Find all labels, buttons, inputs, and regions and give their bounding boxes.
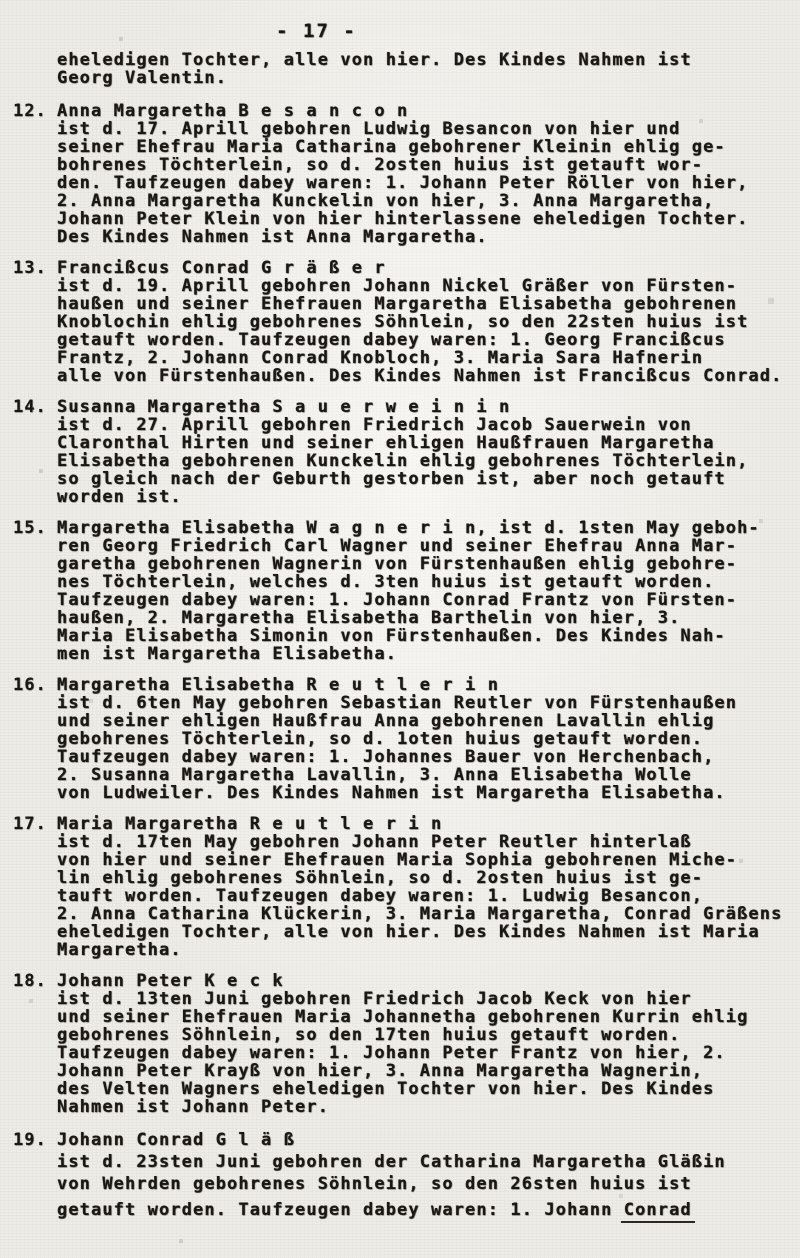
text-line: haußen, 2. Margaretha Elisabetha Barthel…	[57, 609, 800, 627]
entry-heading-line: Margaretha Elisabetha W a g n e r i n, i…	[57, 519, 800, 537]
text-line: seiner Ehefrau Maria Catharina gebohrene…	[57, 138, 800, 156]
scanned-register-page: - 17 - eheledigen Tochter, alle von hier…	[0, 0, 800, 1221]
entry-body: Johann Peter K e c kist d. 13ten Juni ge…	[57, 972, 800, 1116]
text-line: Elisabetha gebohrenen Kunckelin ehlig ge…	[57, 452, 800, 470]
entry-heading-line: Francißcus Conrad G r ä ß e r	[57, 259, 800, 277]
text-line: getauft worden. Taufzeugen dabey waren: …	[57, 1199, 800, 1221]
text-line: den. Taufzeugen dabey waren: 1. Johann P…	[57, 174, 800, 192]
entry-number: 12.	[13, 102, 57, 120]
text-line: von hier und seiner Ehefrauen Maria Soph…	[57, 851, 800, 869]
entry-heading-line: Johann Conrad G l ä ß	[57, 1129, 800, 1151]
text-line: Claronthal Hirten und seiner ehligen Hau…	[57, 434, 800, 452]
text-line: Knoblochin ehlig gebohrenes Söhnlein, so…	[57, 313, 800, 331]
text-line: ist d. 17ten May gebohren Johann Peter R…	[57, 833, 800, 851]
text-line: und seiner Ehefrauen Maria Johannetha ge…	[57, 1008, 800, 1026]
text-line: gebohrenes Töchterlein, so d. 1oten huiu…	[57, 730, 800, 748]
underlined-word: Conrad	[621, 1200, 695, 1223]
text-line: ist d. 23sten Juni gebohren der Catharin…	[57, 1151, 800, 1173]
text-line: so gleich nach der Geburth gestorben ist…	[57, 470, 800, 488]
text-line: ist d. 27. Aprill gebohren Friedrich Jac…	[57, 416, 800, 434]
register-entry: 14.Susanna Margaretha S a u e r w e i n …	[0, 398, 800, 506]
register-entry: 16.Margaretha Elisabetha R e u t l e r i…	[0, 676, 800, 802]
register-entry: 17.Maria Margaretha R e u t l e r i nist…	[0, 815, 800, 959]
text-line: Taufzeugen dabey waren: 1. Johannes Baue…	[57, 748, 800, 766]
entry-heading-line: Susanna Margaretha S a u e r w e i n i n	[57, 398, 800, 416]
register-entry: 18.Johann Peter K e c kist d. 13ten Juni…	[0, 972, 800, 1116]
text-line: men ist Margaretha Elisabetha.	[57, 645, 800, 663]
entry-number: 16.	[13, 676, 57, 694]
text-line: Frantz, 2. Johann Conrad Knobloch, 3. Ma…	[57, 349, 800, 367]
text-line: 2. Anna Catharina Klückerin, 3. Maria Ma…	[57, 905, 800, 923]
text-line: gebohrenes Söhnlein, so den 17ten huius …	[57, 1026, 800, 1044]
text-line: getauft worden. Taufzeugen dabey waren: …	[57, 331, 800, 349]
text-line: 2. Susanna Margaretha Lavallin, 3. Anna …	[57, 766, 800, 784]
text-line: Johann Peter Krayß von hier, 3. Anna Mar…	[57, 1062, 800, 1080]
text-line: haußen und seiner Ehefrauen Margaretha E…	[57, 295, 800, 313]
entry-heading-line: Margaretha Elisabetha R e u t l e r i n	[57, 676, 800, 694]
entry-number: 14.	[13, 398, 57, 416]
text-line: ist d. 6ten May gebohren Sebastian Reutl…	[57, 694, 800, 712]
register-entry: 15.Margaretha Elisabetha W a g n e r i n…	[0, 519, 800, 663]
text-line: Taufzeugen dabey waren: 1. Johann Peter …	[57, 1044, 800, 1062]
text-line: Taufzeugen dabey waren: 1. Johann Conrad…	[57, 591, 800, 609]
text-line: von Wehrden gebohrenes Söhnlein, so den …	[57, 1173, 800, 1195]
entry-body: Johann Conrad G l ä ßist d. 23sten Juni …	[57, 1129, 800, 1221]
text-line: des Velten Wagners eheledigen Tochter vo…	[57, 1080, 800, 1098]
text-line: eheledigen Tochter, alle von hier. Des K…	[57, 51, 800, 69]
text-fragment: getauft worden. Taufzeugen dabey waren: …	[57, 1200, 624, 1220]
text-line: eheledigen Tochter, alle von hier. Des K…	[57, 923, 800, 941]
text-line: Nahmen ist Johann Peter.	[57, 1098, 800, 1116]
text-line: ist d. 17. Aprill gebohren Ludwig Besanc…	[57, 120, 800, 138]
entry-body: Francißcus Conrad G r ä ß e rist d. 19. …	[57, 259, 800, 385]
text-line: tauft worden. Taufzeugen dabey waren: 1.…	[57, 887, 800, 905]
scan-noise-speckles	[0, 0, 2, 2]
text-line: 2. Anna Margaretha Kunckelin von hier, 3…	[57, 192, 800, 210]
entry-body: Anna Margaretha B e s a n c o nist d. 17…	[57, 102, 800, 246]
text-line: Des Kindes Nahmen ist Anna Margaretha.	[57, 228, 800, 246]
text-line: und seiner ehligen Haußfrau Anna gebohre…	[57, 712, 800, 730]
entry-body: Susanna Margaretha S a u e r w e i n i n…	[57, 398, 800, 506]
entry-heading-line: Maria Margaretha R e u t l e r i n	[57, 815, 800, 833]
entry-number: 17.	[13, 815, 57, 833]
text-line: garetha gebohrenen Wagnerin von Fürstenh…	[57, 555, 800, 573]
register-entry: 19.Johann Conrad G l ä ßist d. 23sten Ju…	[0, 1129, 800, 1221]
text-line: lin ehlig gebohrenes Söhnlein, so d. 2os…	[57, 869, 800, 887]
text-line: Margaretha.	[57, 941, 800, 959]
text-line: Maria Elisabetha Simonin von Fürstenhauß…	[57, 627, 800, 645]
text-line: Georg Valentin.	[57, 69, 800, 87]
text-line: von Ludweiler. Des Kindes Nahmen ist Mar…	[57, 784, 800, 802]
entry-heading-line: Johann Peter K e c k	[57, 972, 800, 990]
text-line: nes Töchterlein, welches d. 3ten huius i…	[57, 573, 800, 591]
entry-number: 18.	[13, 972, 57, 990]
text-line: worden ist.	[57, 488, 800, 506]
entry-number: 19.	[13, 1129, 57, 1151]
entry-number: 13.	[13, 259, 57, 277]
continued-paragraph: eheledigen Tochter, alle von hier. Des K…	[57, 51, 800, 87]
page-number: - 17 -	[276, 20, 357, 42]
baptism-entries-list: 12.Anna Margaretha B e s a n c o nist d.…	[0, 102, 800, 1221]
entry-body: Maria Margaretha R e u t l e r i nist d.…	[57, 815, 800, 959]
text-line: ist d. 13ten Juni gebohren Friedrich Jac…	[57, 990, 800, 1008]
entry-body: Margaretha Elisabetha R e u t l e r i ni…	[57, 676, 800, 802]
text-line: ist d. 19. Aprill gebohren Johann Nickel…	[57, 277, 800, 295]
text-line: Johann Peter Klein von hier hinterlassen…	[57, 210, 800, 228]
text-line: ren Georg Friedrich Carl Wagner und sein…	[57, 537, 800, 555]
text-line: alle von Fürstenhaußen. Des Kindes Nahme…	[57, 367, 800, 385]
register-entry: 13.Francißcus Conrad G r ä ß e rist d. 1…	[0, 259, 800, 385]
text-line: bohrenes Töchterlein, so d. 2osten huius…	[57, 156, 800, 174]
entry-number: 15.	[13, 519, 57, 537]
register-entry: 12.Anna Margaretha B e s a n c o nist d.…	[0, 102, 800, 246]
entry-heading-line: Anna Margaretha B e s a n c o n	[57, 102, 800, 120]
entry-body: Margaretha Elisabetha W a g n e r i n, i…	[57, 519, 800, 663]
